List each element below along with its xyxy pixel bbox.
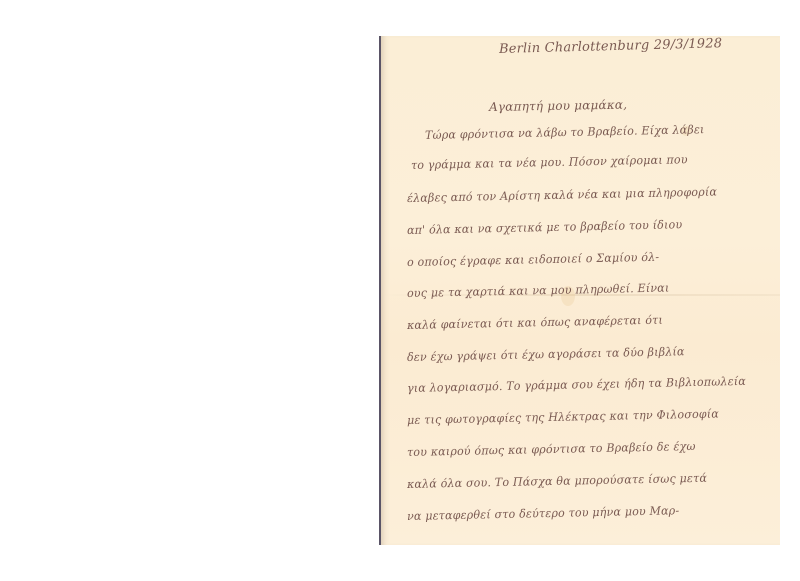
letter-line: δεν έχω γράψει ότι έχω αγοράσει τα δύο β… bbox=[407, 344, 685, 364]
letter-line: καλά όλα σου. Το Πάσχα θα μπορούσατε ίσω… bbox=[407, 471, 707, 491]
letter-line: καλά φαίνεται ότι και όπως αναφέρεται ότ… bbox=[407, 313, 663, 332]
letter-line: να μεταφερθεί στο δεύτερο του μήνα μου Μ… bbox=[407, 503, 680, 523]
letter-line: ους με τα χαρτιά και να μου πληρωθεί. Εί… bbox=[407, 281, 670, 300]
letter-line: του καιρού όπως και φρόντισα το Βραβείο … bbox=[407, 439, 696, 459]
scanned-page: Berlin Charlottenburg 29/3/1928 Αγαπητή … bbox=[0, 0, 800, 581]
letter-line: το γράμμα και τα νέα μου. Πόσον χαίρομαι… bbox=[411, 152, 688, 172]
letter-paper: Berlin Charlottenburg 29/3/1928 Αγαπητή … bbox=[379, 36, 780, 545]
letter-line: έλαβες από τον Αρίστη καλά νέα και μια π… bbox=[407, 185, 717, 205]
letter-place-date: Berlin Charlottenburg 29/3/1928 bbox=[499, 36, 723, 57]
letter-salutation: Αγαπητή μου μαμάκα, bbox=[489, 98, 627, 114]
letter-line: Τώρα φρόντισα να λάβω το Βραβείο. Είχα λ… bbox=[425, 122, 705, 142]
letter-line: για λογαριασμό. Το γράμμα σου έχει ήδη τ… bbox=[407, 374, 746, 395]
letter-line: απ' όλα και να σχετικά με το βραβείο του… bbox=[407, 217, 683, 237]
letter-line: με τις φωτογραφίες της Ηλέκτρας και την … bbox=[407, 406, 719, 427]
letter-line: ο οποίος έγραφε και ειδοποιεί ο Σαμίου ό… bbox=[407, 250, 660, 269]
